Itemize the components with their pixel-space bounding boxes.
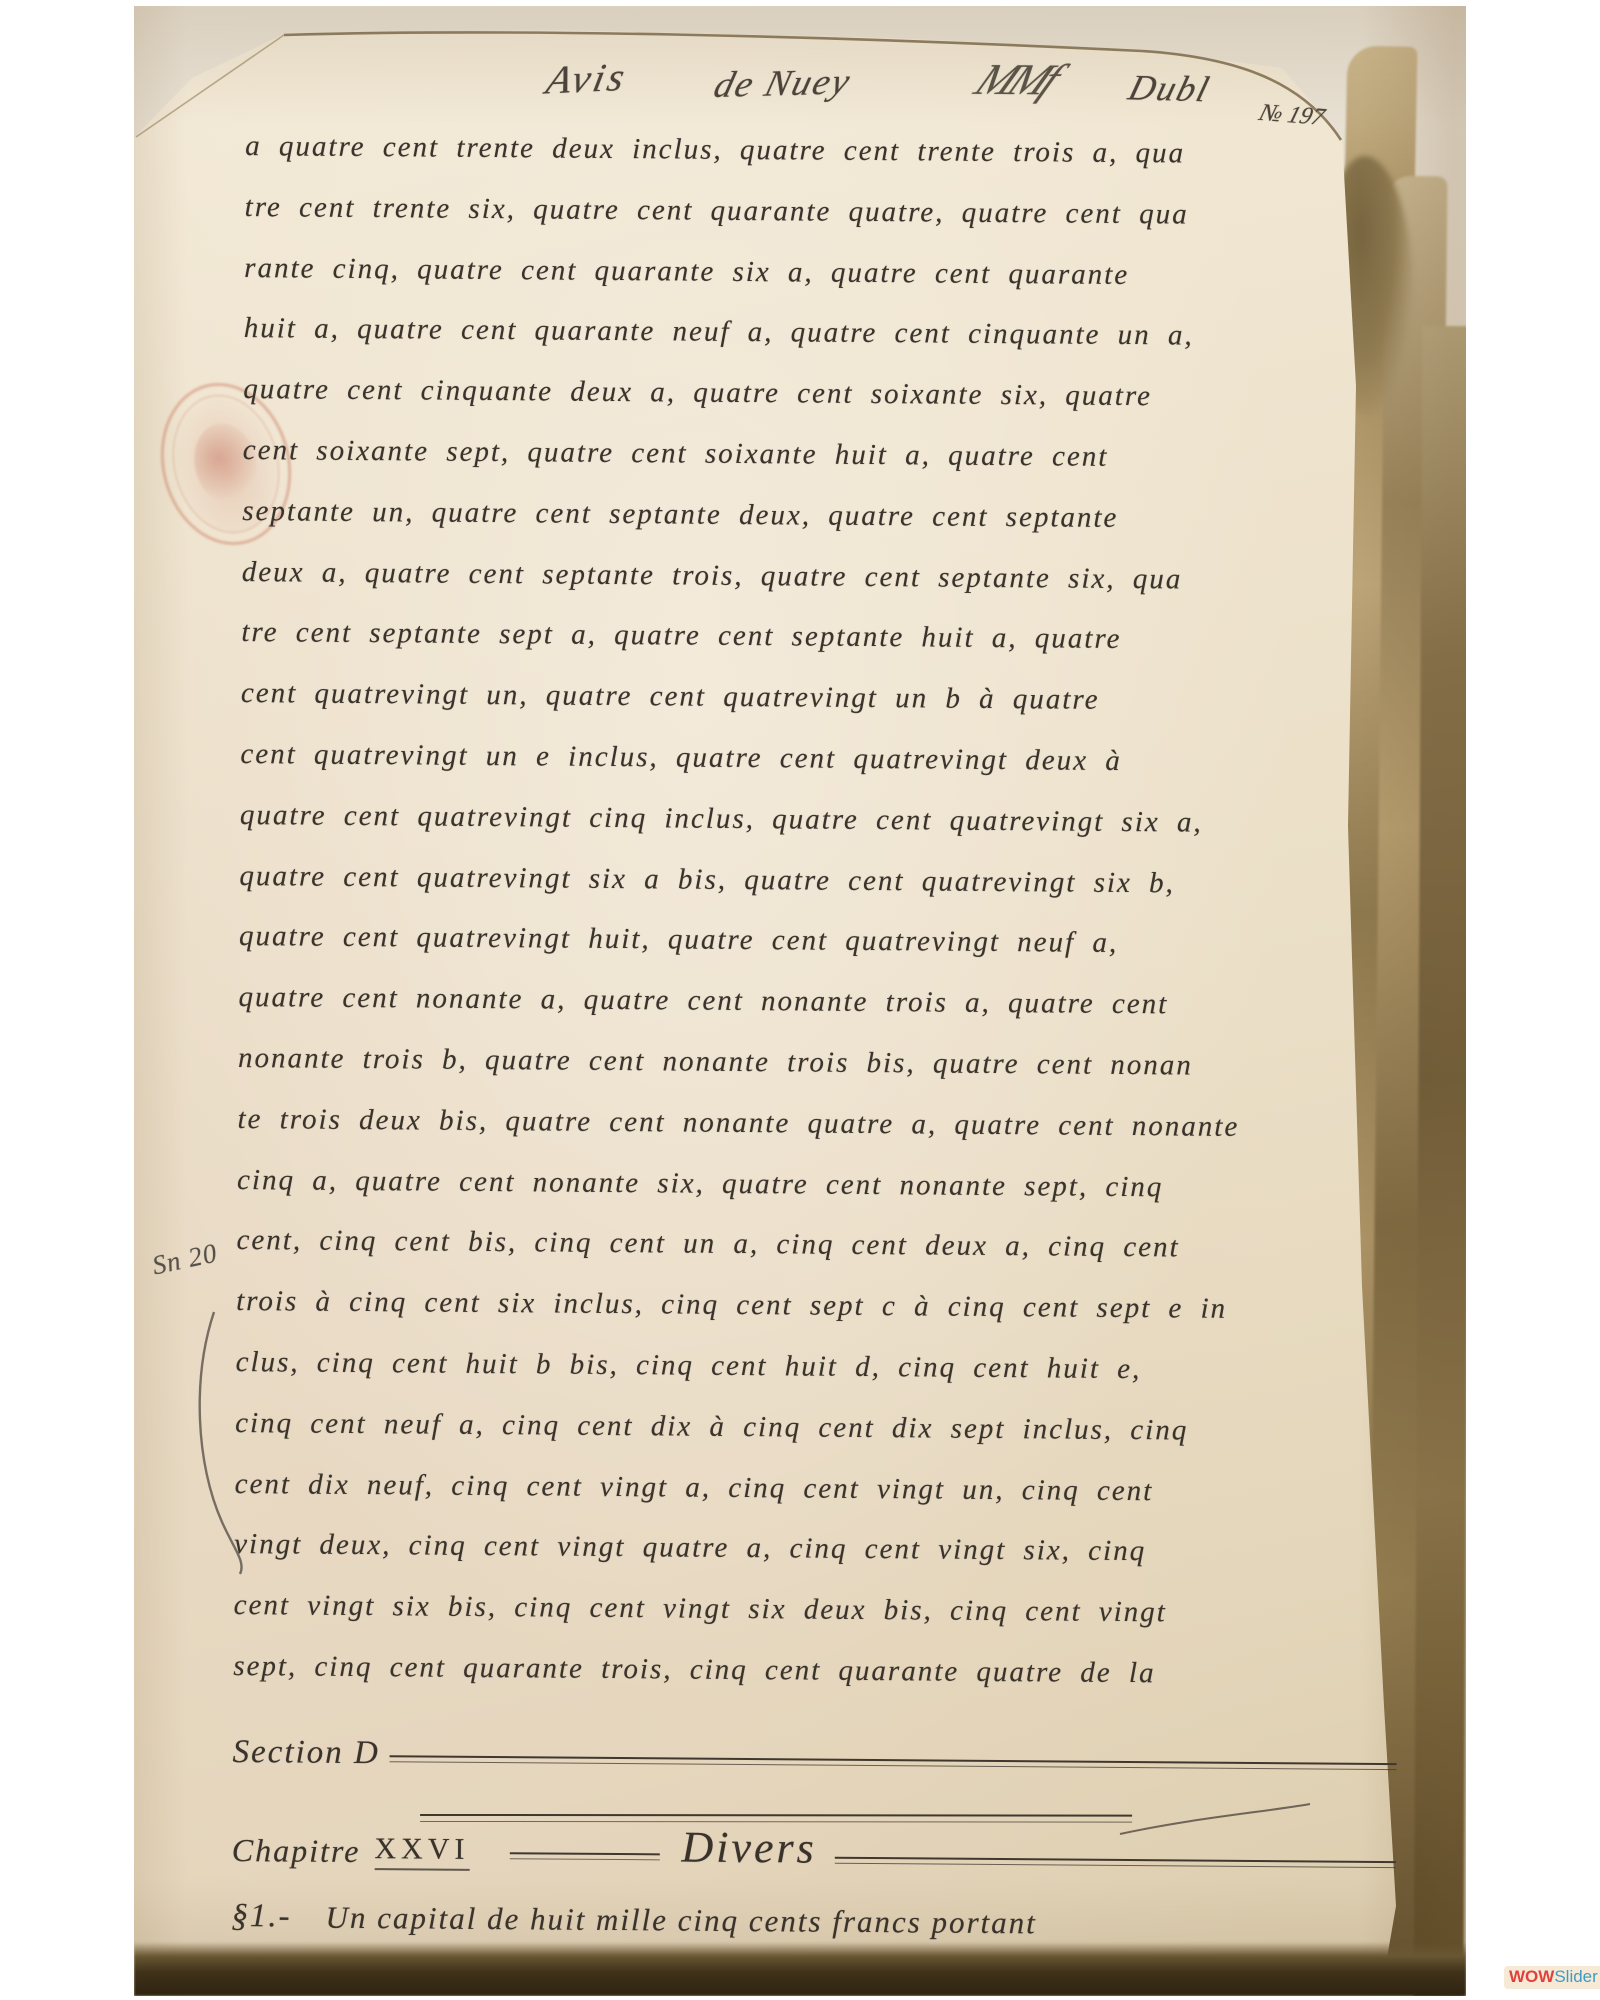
header-word: Dubl bbox=[1124, 66, 1215, 110]
manuscript-line: a quatre cent trente deux inclus, quatre… bbox=[245, 116, 1413, 186]
manuscript-line: nonante trois b, quatre cent nonante tro… bbox=[238, 1028, 1406, 1098]
manuscript-line: cent soixante sept, quatre cent soixante… bbox=[243, 420, 1411, 490]
chapter-label: Chapitre bbox=[232, 1832, 361, 1870]
page-edges-texture bbox=[1414, 326, 1466, 1996]
header-paraph: MMf bbox=[966, 54, 1067, 105]
manuscript-line: cent vingt six bis, cinq cent vingt six … bbox=[234, 1575, 1402, 1645]
ruled-line bbox=[509, 1852, 659, 1860]
watermark-wow: WOW bbox=[1509, 1967, 1554, 1986]
watermark-slider: Slider bbox=[1554, 1967, 1597, 1986]
manuscript-line: quatre cent quatrevingt six a bis, quatr… bbox=[239, 846, 1407, 916]
screenshot-root: { "manuscript": { "header": { "word1": "… bbox=[0, 0, 1600, 2000]
manuscript-line: tre cent trente six, quatre cent quarant… bbox=[244, 177, 1412, 247]
manuscript-line: huit a, quatre cent quarante neuf a, qua… bbox=[244, 298, 1412, 368]
paragraph-text: Un capital de huit mille cinq cents fran… bbox=[325, 1900, 1037, 1942]
manuscript-line: cent quatrevingt un e inclus, quatre cen… bbox=[240, 724, 1408, 794]
chapter-title: Divers bbox=[681, 1822, 817, 1874]
manuscript-line: cinq cent neuf a, cinq cent dix à cinq c… bbox=[235, 1393, 1403, 1463]
chapter-numeral: XXVI bbox=[374, 1832, 469, 1871]
manuscript-line: quatre cent quatrevingt cinq inclus, qua… bbox=[240, 785, 1408, 855]
manuscript-line: vingt deux, cinq cent vingt quatre a, ci… bbox=[234, 1514, 1402, 1584]
manuscript-line: clus, cinq cent huit b bis, cinq cent hu… bbox=[235, 1332, 1403, 1402]
header-word: Avis bbox=[542, 53, 631, 103]
manuscript-line: deux a, quatre cent septante trois, quat… bbox=[242, 542, 1410, 612]
manuscript-line: te trois deux bis, quatre cent nonante q… bbox=[237, 1089, 1405, 1159]
manuscript-line: sept, cinq cent quarante trois, cinq cen… bbox=[233, 1636, 1401, 1706]
ruled-line bbox=[835, 1857, 1396, 1868]
manuscript-body: a quatre cent trente deux inclus, quatre… bbox=[233, 116, 1413, 1706]
manuscript-line: quatre cent cinquante deux a, quatre cen… bbox=[243, 359, 1411, 429]
manuscript-line: rante cinq, quatre cent quarante six a, … bbox=[244, 238, 1412, 308]
manuscript-line: cent, cinq cent bis, cinq cent un a, cin… bbox=[236, 1210, 1404, 1280]
manuscript-line: tre cent septante sept a, quatre cent se… bbox=[241, 602, 1409, 672]
ruled-line bbox=[390, 1755, 1397, 1770]
manuscript-line: septante un, quatre cent septante deux, … bbox=[242, 481, 1410, 551]
manuscript-photo: Sn 20 Avis de Nuey MMf Dubl № 197 a quat… bbox=[134, 6, 1466, 1996]
manuscript-line: quatre cent nonante a, quatre cent nonan… bbox=[238, 967, 1406, 1037]
manuscript-line: cent quatrevingt un, quatre cent quatrev… bbox=[241, 663, 1409, 733]
book-bottom-edge bbox=[134, 1942, 1466, 1996]
header-word: de Nuey bbox=[709, 61, 856, 108]
manuscript-line: trois à cinq cent six inclus, cinq cent … bbox=[236, 1271, 1404, 1341]
manuscript-line: quatre cent quatrevingt huit, quatre cen… bbox=[239, 906, 1407, 976]
chapter-heading: Chapitre XXVI Divers bbox=[232, 1818, 1400, 1878]
section-label: Section D bbox=[232, 1734, 380, 1772]
wowslider-watermark[interactable]: WOWSlider bbox=[1504, 1966, 1600, 1989]
manuscript-line: cent dix neuf, cinq cent vingt a, cinq c… bbox=[234, 1454, 1402, 1524]
paragraph-marker: §1.- bbox=[231, 1898, 292, 1935]
manuscript-line: cinq a, quatre cent nonante six, quatre … bbox=[237, 1150, 1405, 1220]
